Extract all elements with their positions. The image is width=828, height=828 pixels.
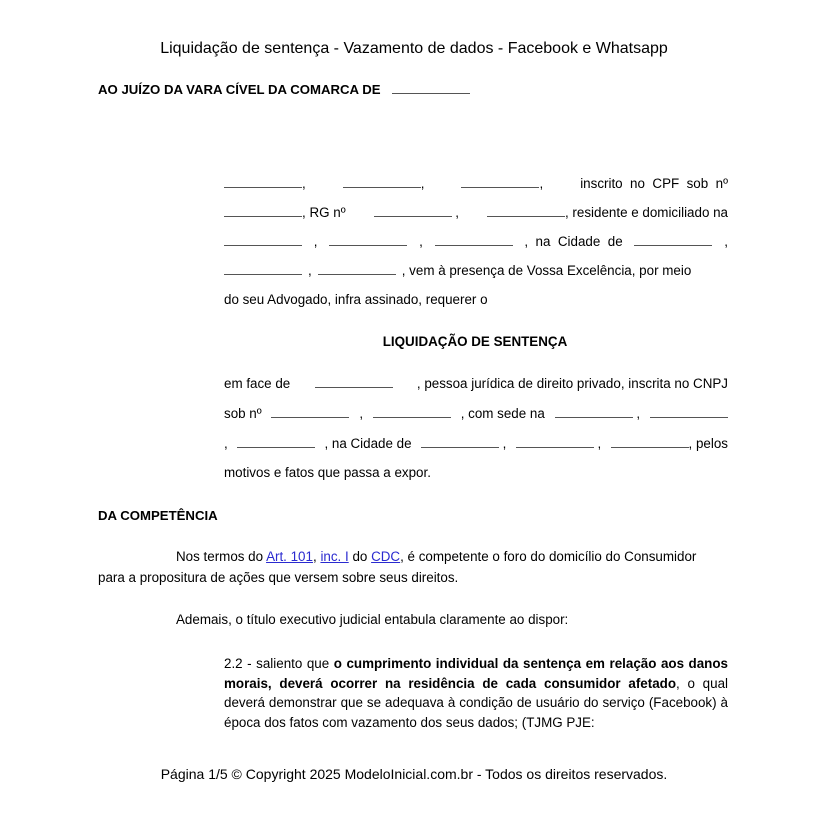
blank-field [271, 416, 349, 418]
blank-field [224, 273, 302, 275]
party-presence-text: , vem à presença de Vossa Excelência, po… [402, 263, 692, 278]
blank-field [392, 92, 470, 94]
page-footer: Página 1/5 © Copyright 2025 ModeloInicia… [0, 766, 828, 782]
party-residence-text: , residente e domiciliado na [565, 205, 728, 220]
blank-field [461, 186, 539, 188]
competence-post-text: , é competente o foro do domicílio do Co… [400, 549, 696, 564]
competence-paragraph-2: Ademais, o título executivo judicial ent… [176, 612, 568, 627]
addressee-text: AO JUÍZO DA VARA CÍVEL DA COMARCA DE [98, 82, 381, 97]
party-line-4: , , vem à presença de Vossa Excelência, … [224, 263, 728, 278]
blank-field [224, 244, 302, 246]
competence-do-text: do [352, 549, 367, 564]
judgment-quote: 2.2 - saliento que o cumprimento individ… [224, 654, 728, 732]
blank-field [650, 416, 728, 418]
defendant-line-4: motivos e fatos que passa a expor. [224, 465, 728, 480]
blank-field [435, 244, 513, 246]
blank-field [634, 244, 712, 246]
defendant-face-label: em face de [224, 376, 290, 391]
defendant-line-2: sob nº , , com sede na , [224, 406, 728, 421]
blank-field [374, 215, 452, 217]
party-line-5: do seu Advogado, infra assinado, requere… [224, 292, 728, 307]
party-line-2: , RG nº , , residente e domiciliado na [224, 205, 728, 220]
blank-field [421, 446, 499, 448]
competence-pre-text: Nos termos do [176, 549, 263, 564]
party-request-text: do seu Advogado, infra assinado, requere… [224, 292, 488, 307]
blank-field [343, 186, 421, 188]
party-rg-label: , RG nº [302, 205, 346, 220]
blank-field [237, 446, 315, 448]
blank-field [224, 186, 302, 188]
blank-field [555, 416, 633, 418]
link-art-101[interactable]: Art. 101 [266, 549, 313, 564]
link-inc-i[interactable]: inc. I [320, 549, 348, 564]
section-heading-competence: DA COMPETÊNCIA [98, 508, 218, 523]
blank-field [315, 386, 393, 388]
defendant-closing-text: motivos e fatos que passa a expor. [224, 465, 431, 480]
blank-field [487, 215, 565, 217]
addressee-heading: AO JUÍZO DA VARA CÍVEL DA COMARCA DE [98, 82, 470, 97]
quote-pre-text: 2.2 - saliento que [224, 656, 334, 671]
blank-field [224, 215, 302, 217]
defendant-cnpj-label: sob nº [224, 406, 262, 421]
party-city-label: , na Cidade de [524, 234, 622, 249]
party-line-3: , , , na Cidade de , [224, 234, 728, 249]
action-title: LIQUIDAÇÃO DE SENTENÇA [0, 334, 828, 349]
competence-paragraph-line-2: para a propositura de ações que versem s… [98, 570, 458, 585]
defendant-city-label: , na Cidade de [324, 436, 411, 451]
party-line-1: , , , inscrito no CPF sob nº [224, 176, 728, 191]
blank-field [516, 446, 594, 448]
defendant-line-1: em face de , pessoa jurídica de direito … [224, 376, 728, 391]
party-cpf-text: inscrito no CPF sob nº [580, 176, 728, 191]
defendant-seat-label: , com sede na [461, 406, 545, 421]
blank-field [329, 244, 407, 246]
competence-paragraph-line-1: Nos termos do Art. 101, inc. I do CDC, é… [176, 549, 696, 564]
blank-field [611, 446, 689, 448]
blank-field [373, 416, 451, 418]
defendant-line-3: , , na Cidade de , , , pelos [224, 436, 728, 451]
defendant-reasons-text: , pelos [689, 436, 728, 451]
link-cdc[interactable]: CDC [371, 549, 400, 564]
defendant-legal-text: , pessoa jurídica de direito privado, in… [417, 376, 728, 391]
document-title: Liquidação de sentença - Vazamento de da… [0, 40, 828, 58]
blank-field [318, 273, 396, 275]
